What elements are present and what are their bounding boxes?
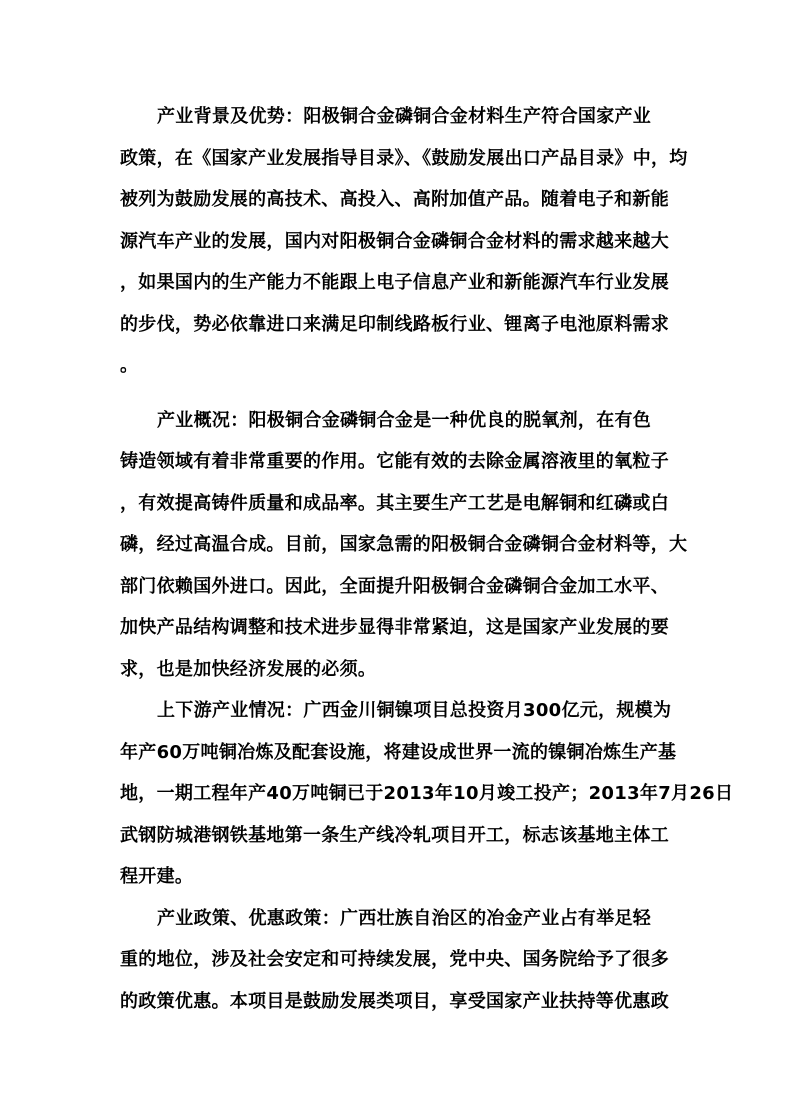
text-line: 政策，在《国家产业发展指导目录》、《鼓励发展出口产品目录》中，均 [120, 138, 672, 180]
text-line: 部门依赖国外进口。因此，全面提升阳极铜合金磷铜合金加工水平、 [120, 566, 672, 608]
line-text: 阳极铜合金磷铜合金材料生产符合国家产业 [303, 106, 651, 127]
text-line: 产业概况：阳极铜合金磷铜合金是一种优良的脱氧剂，在有色 [120, 400, 672, 442]
line-text: 广西壮族自治区的冶金产业占有举足轻 [340, 908, 651, 929]
text-line: 地，一期工程年产40万吨铜已于2013年10月竣工投产；2013年7月26日 [120, 773, 672, 815]
text-line: 。 [120, 345, 672, 387]
paragraph-industry-overview: 产业概况：阳极铜合金磷铜合金是一种优良的脱氧剂，在有色 铸造领域有着非常重要的作… [120, 400, 672, 691]
line-text: 广西金川铜镍项目总投资月300亿元，规模为 [303, 700, 671, 721]
paragraph-industry-policy: 产业政策、优惠政策：广西壮族自治区的冶金产业占有举足轻 重的地位，涉及社会安定和… [120, 898, 672, 1023]
text-line: 的政策优惠。本项目是鼓励发展类项目，享受国家产业扶持等优惠政 [120, 981, 672, 1023]
text-line: 源汽车产业的发展，国内对阳极铜合金磷铜合金材料的需求越来越大 [120, 221, 672, 263]
text-line: 被列为鼓励发展的高技术、高投入、高附加值产品。随着电子和新能 [120, 179, 672, 221]
text-line: 武钢防城港钢铁基地第一条生产线冷轧项目开工，标志该基地主体工 [120, 815, 672, 857]
text-line: ，有效提高铸件质量和成品率。其主要生产工艺是电解铜和红磷或白 [120, 483, 672, 525]
text-line: 年产60万吨铜冶炼及配套设施，将建设成世界一流的镍铜冶炼生产基 [120, 732, 672, 774]
paragraph-heading: 产业背景及优势： [157, 106, 303, 127]
paragraph-heading: 上下游产业情况： [157, 700, 303, 721]
paragraph-heading: 产业政策、优惠政策： [157, 908, 340, 929]
text-line: 加快产品结构调整和技术进步显得非常紧迫，这是国家产业发展的要 [120, 607, 672, 649]
text-line: 产业政策、优惠政策：广西壮族自治区的冶金产业占有举足轻 [120, 898, 672, 940]
text-line: 铸造领域有着非常重要的作用。它能有效的去除金属溶液里的氧粒子 [120, 441, 672, 483]
document-page: 产业背景及优势：阳极铜合金磷铜合金材料生产符合国家产业 政策，在《国家产业发展指… [120, 96, 672, 1022]
text-line: ，如果国内的生产能力不能跟上电子信息产业和新能源汽车行业发展 [120, 262, 672, 304]
text-line: 重的地位，涉及社会安定和可持续发展，党中央、国务院给予了很多 [120, 939, 672, 981]
paragraph-upstream-downstream: 上下游产业情况：广西金川铜镍项目总投资月300亿元，规模为 年产60万吨铜冶炼及… [120, 690, 672, 898]
line-text: 阳极铜合金磷铜合金是一种优良的脱氧剂，在有色 [249, 410, 652, 431]
text-line: 求，也是加快经济发展的必须。 [120, 649, 672, 691]
text-line: 的步伐，势必依靠进口来满足印制线路板行业、锂离子电池原料需求 [120, 304, 672, 346]
text-line: 磷，经过高温合成。目前，国家急需的阳极铜合金磷铜合金材料等，大 [120, 524, 672, 566]
paragraph-industry-background: 产业背景及优势：阳极铜合金磷铜合金材料生产符合国家产业 政策，在《国家产业发展指… [120, 96, 672, 387]
text-line: 程开建。 [120, 856, 672, 898]
paragraph-heading: 产业概况： [157, 410, 249, 431]
text-line: 上下游产业情况：广西金川铜镍项目总投资月300亿元，规模为 [120, 690, 672, 732]
text-line: 产业背景及优势：阳极铜合金磷铜合金材料生产符合国家产业 [120, 96, 672, 138]
